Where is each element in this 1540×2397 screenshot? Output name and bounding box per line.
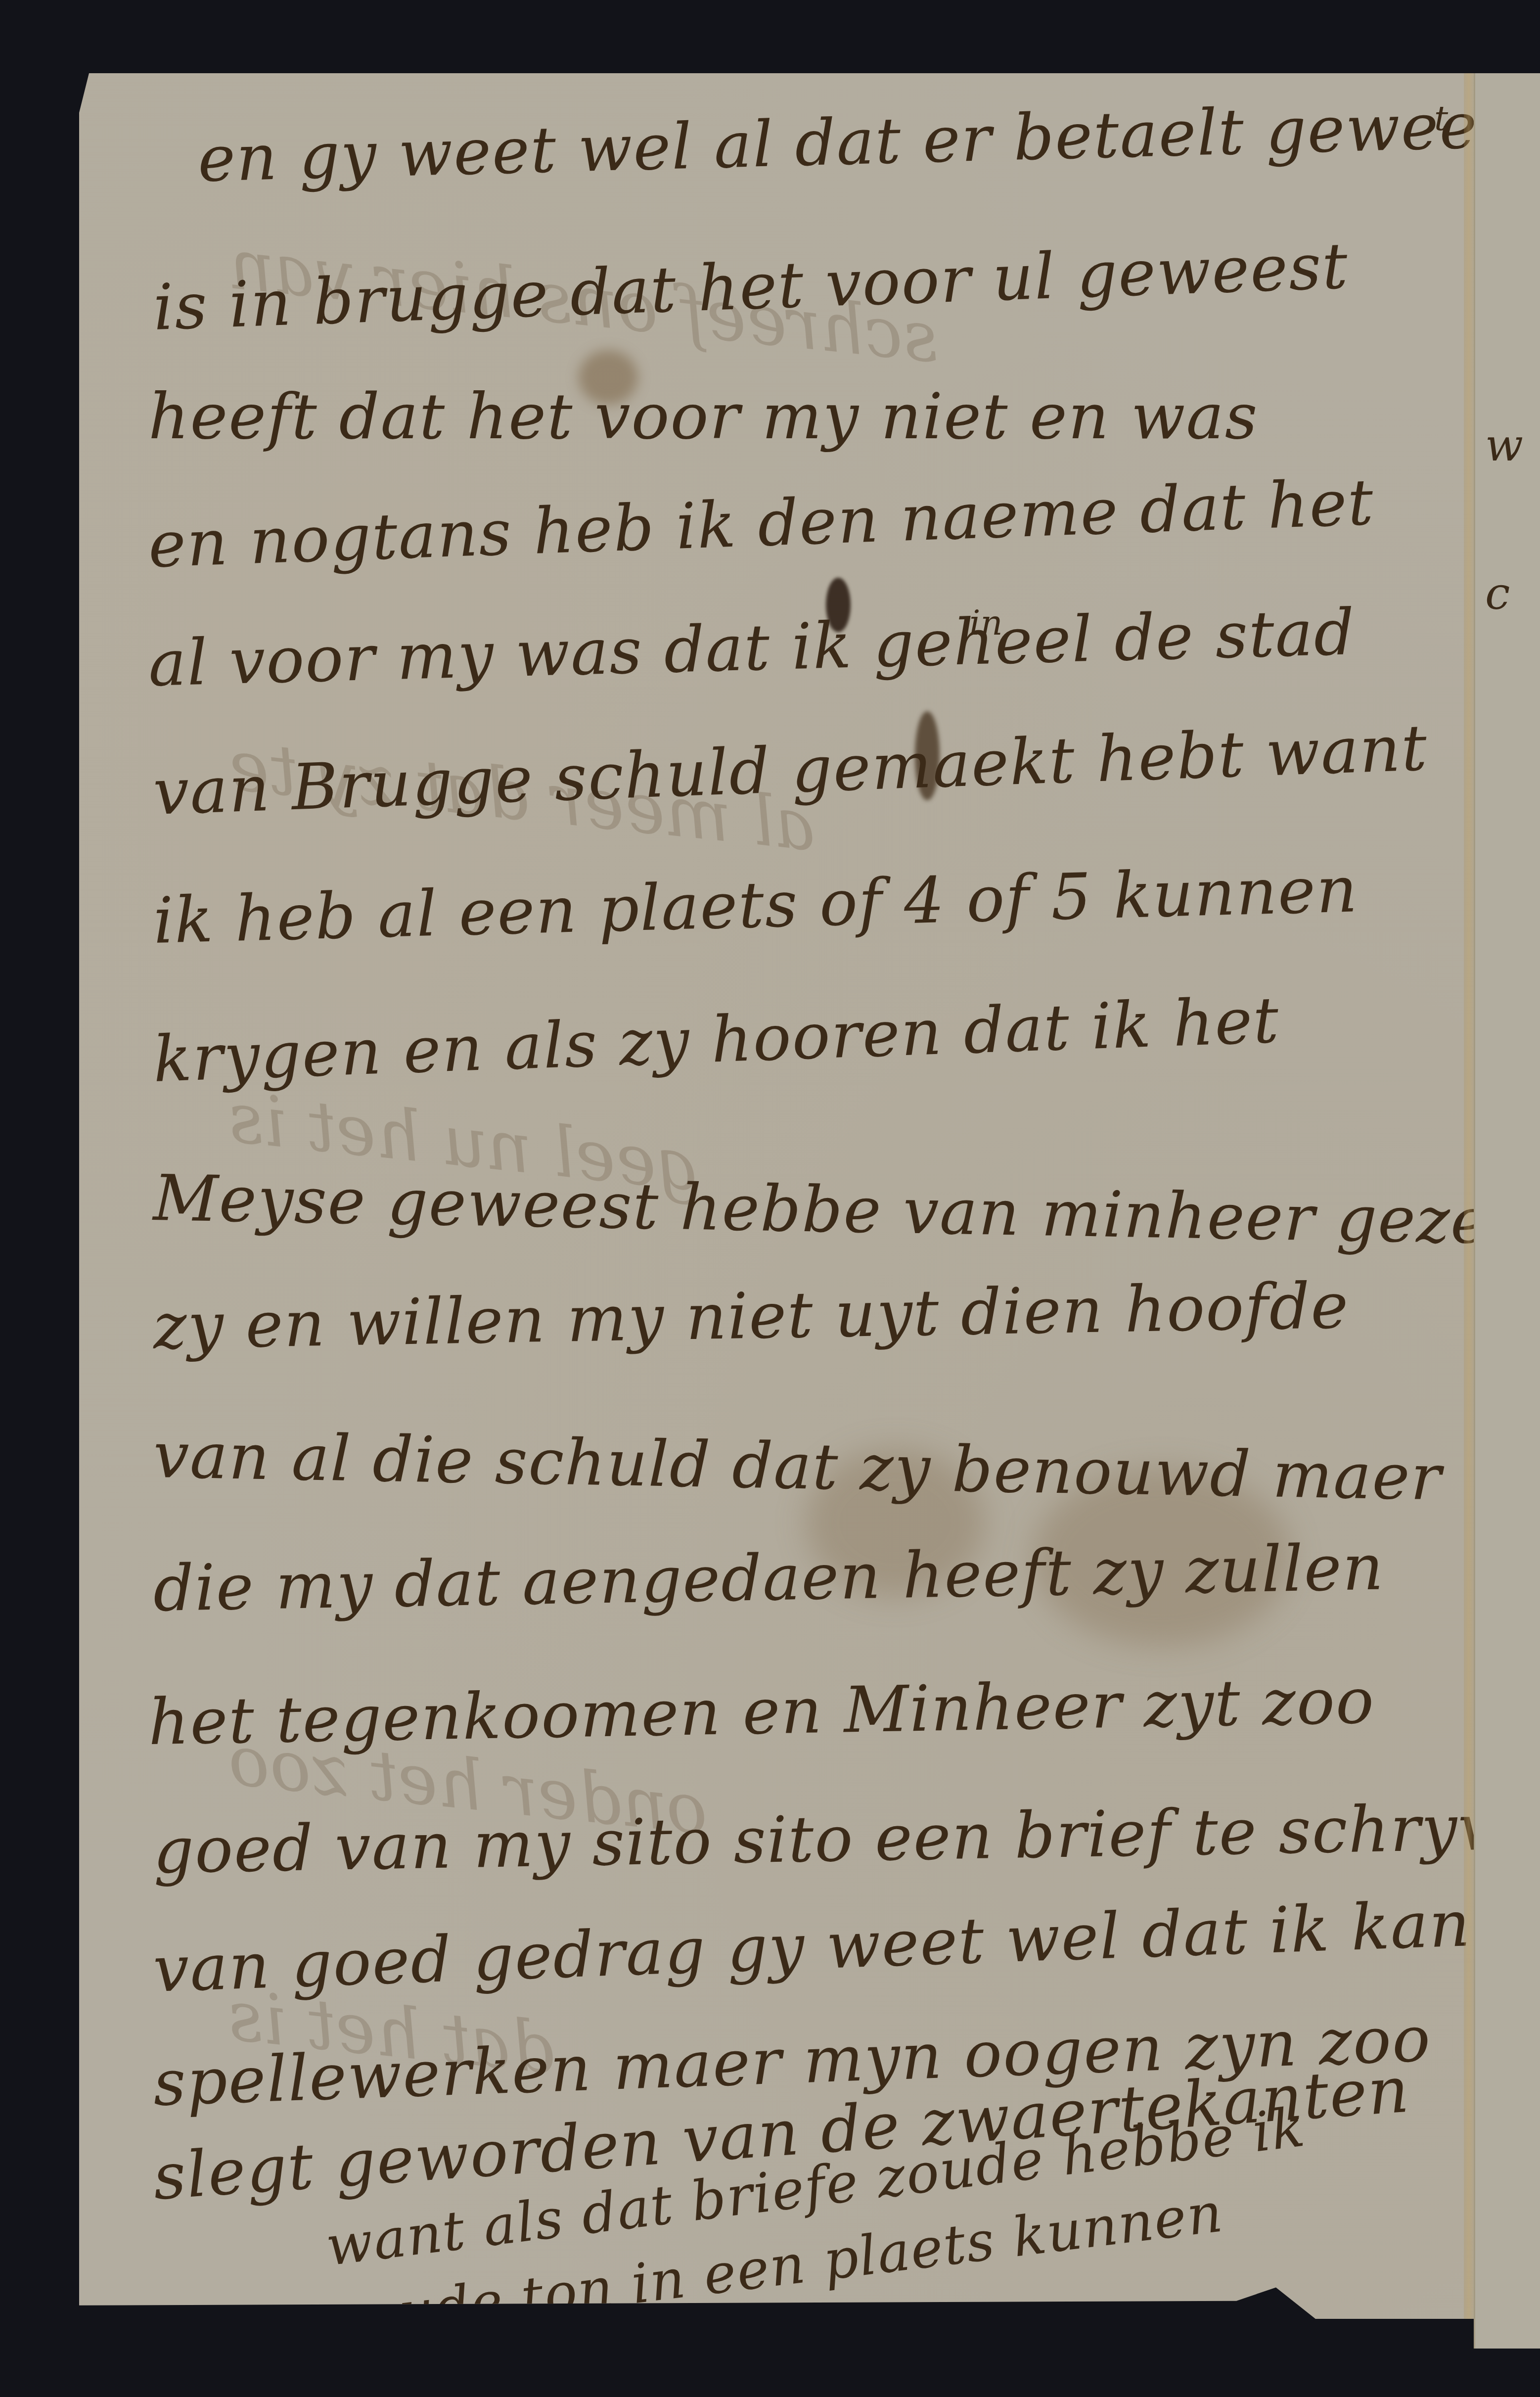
text-line: en nogtans heb ik den naeme dat het — [147, 465, 1375, 582]
text-line: krygen en als zy hooren dat ik het — [152, 984, 1280, 1097]
letter-page: schreef ons hier van al meer dat zy te g… — [79, 73, 1484, 2319]
text-line: al voor my was dat ik geheel de stad — [147, 596, 1357, 701]
adjacent-page-edge: w c — [1474, 73, 1540, 2349]
adjacent-page-fragment: w — [1485, 419, 1523, 471]
text-line: zy en willen my niet uyt dien hoofde — [153, 1269, 1350, 1364]
text-line: Meyse geweest hebbe van minheer gezello — [153, 1161, 1540, 1260]
adjacent-page-fragment: c — [1485, 568, 1510, 620]
page-fold — [1464, 73, 1474, 2319]
text-line: gaen — [1091, 2280, 1233, 2352]
text-line: van goed gedrag gy weet wel dat ik kan — [152, 1887, 1472, 2007]
text-line: het tegenkoomen en Minheer zyt zoo — [148, 1664, 1375, 1759]
text-line: ik heb al een plaets of 4 of 5 kunnen — [152, 853, 1359, 958]
text-line: en gy weet wel al dat er betaelt geweest — [197, 88, 1539, 196]
text-line: heeft dat het voor my niet en was — [148, 380, 1259, 454]
superscript-mark: t — [1434, 98, 1448, 138]
text-line: van al die schuld dat zy benouwd maer — [153, 1419, 1443, 1515]
